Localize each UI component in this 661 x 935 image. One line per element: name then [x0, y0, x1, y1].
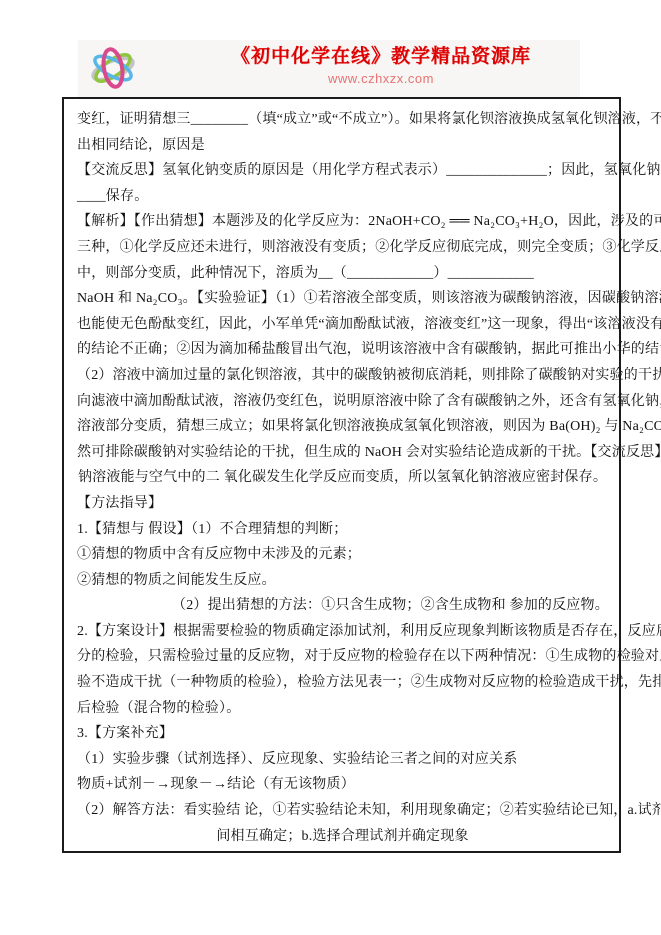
document-line: 然可排除碳酸钠对实验结论的干扰，但生成的 NaOH 会对实验结论造成新的干扰。【… — [77, 440, 608, 466]
document-body-box: 变红，证明猜想三________（填“成立”或“不成立”）。如果将氯化钡溶液换成… — [62, 97, 621, 853]
document-line: （2）解答方法：看实验结 论，①若实验结论未知，利用现象确定；②若实验结论已知，… — [77, 798, 608, 824]
document-line-flowchart: 物质+试剂－→现象－→结论（有无该物质） — [77, 772, 608, 798]
document-line: （1）实验步骤（试剂选择）、反应现象、实验结论三者之间的对应关系 — [77, 747, 608, 773]
document-line: NaOH 和 Na₂CO₃。【实验验证】（1）①若溶液全部变质，则该溶液为碳酸钠… — [77, 286, 608, 312]
document-line: 1.【猜想与 假设】（1）不合理猜想的判断； — [77, 517, 608, 543]
document-line: ①猜想的物质中含有反应物中未涉及的元素； — [77, 542, 608, 568]
document-line: 分的检验，只需检验过量的反应物，对于反应物的检验存在以下两种情况：①生成物的检验… — [77, 644, 608, 670]
document-line: 钠溶液能与空气中的二 氧化碳发生化学反应而变质，所以氢氧化钠溶液应密封保存。 — [77, 465, 608, 491]
atom-logo-icon — [86, 42, 140, 96]
document-line: 间相互确定；b.选择合理试剂并确定现象 — [77, 824, 608, 850]
document-line: 也能使无色酚酞变红，因此，小军单凭“滴加酚酞试液，溶液变红”这一现象，得出“该溶… — [77, 312, 608, 338]
page: 《初中化学在线》教学精品资源库 www.czhxzx.com 变红，证明猜想三_… — [0, 0, 661, 935]
document-line: 2.【方案设计】根据需要检验的物质确定添加试剂，利用反应现象判断该物质是否存在，… — [77, 619, 608, 645]
document-line: （2）提出猜想的方法：①只含生成物；②含生成物和 参加的反应物。 — [77, 593, 608, 619]
document-line: 的结论不正确；②因为滴加稀盐酸冒出气泡，说明该溶液中含有碳酸钠，据此可推出小华的… — [77, 337, 608, 363]
site-title: 《初中化学在线》教学精品资源库 — [188, 44, 574, 70]
document-line: 3.【方案补充】 — [77, 721, 608, 747]
document-line-with-blank: 中，则部分变质，此种情况下，溶质为__（____________）_______… — [77, 261, 608, 287]
section-heading: 【方法指导】 — [77, 491, 608, 517]
header-text-block: 《初中化学在线》教学精品资源库 www.czhxzx.com — [188, 44, 574, 88]
document-line-with-blank: ____保存。 — [77, 184, 608, 210]
document-line: 三种，①化学反应还未进行，则溶液没有变质；②化学反应彻底完成，则完全变质；③化学… — [77, 235, 608, 261]
document-line: 变红，证明猜想三________（填“成立”或“不成立”）。如果将氯化钡溶液换成… — [77, 107, 608, 133]
document-line: ②猜想的物质之间能发生反应。 — [77, 568, 608, 594]
document-line-equation: 【解析】【作出猜想】本题涉及的化学反应为：2NaOH+CO₂ ══ Na₂CO₃… — [77, 209, 608, 235]
document-line: 后检验（混合物的检验）。 — [77, 696, 608, 722]
site-header-banner: 《初中化学在线》教学精品资源库 www.czhxzx.com — [78, 40, 580, 97]
document-line: （2）溶液中滴加过量的氯化钡溶液，其中的碳酸钠被彻底消耗，则排除了碳酸钠对实验的… — [77, 363, 608, 389]
document-line: 溶液部分变质，猜想三成立；如果将氯化钡溶液换成氢氧化钡溶液，则因为 Ba(OH)… — [77, 414, 608, 440]
document-line: 向滤液中滴加酚酞试液，溶液仍变红色，说明原溶液中除了含有碳酸钠之外，还含有氢氧化… — [77, 389, 608, 415]
site-url-link[interactable]: www.czhxzx.com — [188, 70, 574, 88]
document-line: 验不造成干扰（一种物质的检验），检验方法见表一；②生成物对反应物的检验造成干扰，… — [77, 670, 608, 696]
document-line: 出相同结论，原因是 — [77, 133, 608, 159]
document-line-with-blank: 【交流反思】氢氧化钠变质的原因是（用化学方程式表示）______________… — [77, 158, 608, 184]
